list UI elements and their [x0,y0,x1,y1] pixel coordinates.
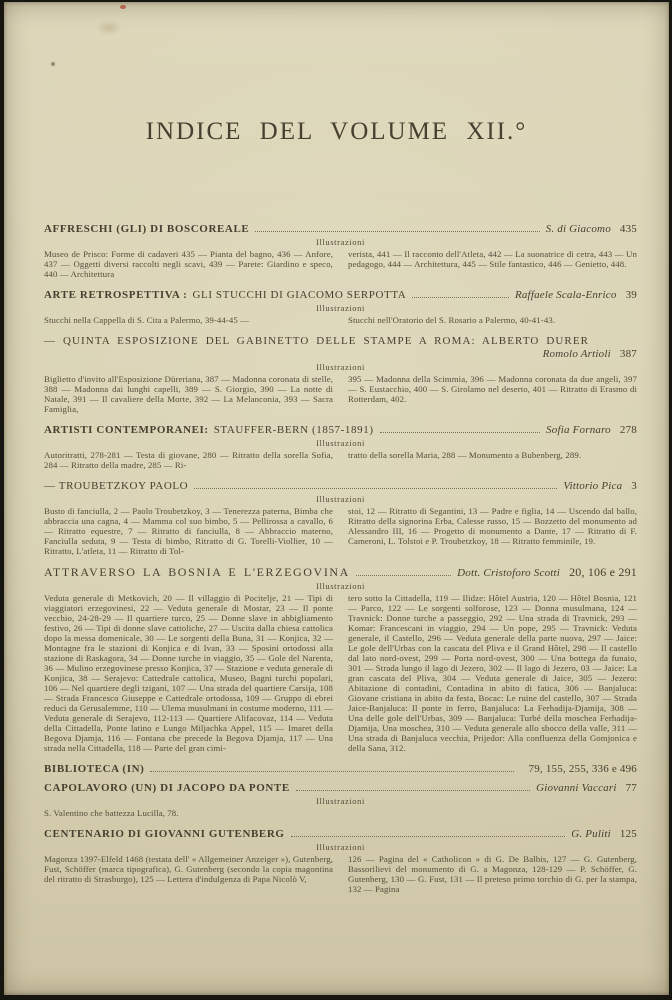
illustrations-label: Illustrazioni [44,842,637,853]
illustrations-label: Illustrazioni [44,438,637,449]
illustrations-columns: Busto di fanciulla, 2 — Paolo Troubetzko… [44,506,637,556]
entry-heading: ARTE RETROSPETTIVA : GLI STUCCHI DI GIAC… [44,289,637,302]
dotted-leader [291,828,566,837]
illustrations-columns: Stucchi nella Cappella di S. Cita a Pale… [44,315,637,325]
entry-heading: BIBLIOTECA (IN) 79, 155, 255, 336 e 496 [44,763,637,776]
entry-author: Vittorio Pica [563,480,622,493]
entry-heading: CENTENARIO DI GIOVANNI GUTENBERG G. Puli… [44,828,637,841]
index-entry: — QUINTA ESPOSIZIONE DEL GABINETTO DELLE… [44,335,637,414]
illustrations-right-column: Stucchi nell'Oratorio del S. Rosario a P… [348,315,637,325]
dotted-leader [380,424,540,433]
illustrations-columns: Autoritratti, 278-281 — Testa di giovane… [44,450,637,470]
dotted-leader [296,782,530,791]
entry-title-strong: BIBLIOTECA (IN) [44,763,144,776]
dotted-leader [255,223,539,232]
entry-title: — TROUBETZKOY PAOLO [44,480,188,493]
illustrations-columns: S. Valentino che battezza Lucilla, 78. [44,808,637,818]
entry-author: S. di Giacomo [546,223,611,236]
entry-title: — QUINTA ESPOSIZIONE DEL GABINETTO DELLE… [44,335,589,348]
scanned-page: INDICE DEL VOLUME XII.° AFFRESCHI (GLI) … [0,0,672,1000]
entry-heading: AFFRESCHI (GLI) DI BOSCOREALE S. di Giac… [44,223,637,236]
illustrations-columns: Magonza 1397-Elfeld 1468 (testata dell' … [44,854,637,894]
illustrations-right-column: stoi, 12 — Ritratto di Segantini, 13 — P… [348,506,637,556]
illustrations-label: Illustrazioni [44,494,637,505]
paper-stain-red [120,5,126,9]
dotted-leader [356,566,451,576]
dotted-leader [412,289,509,298]
illustrations-left-column: Magonza 1397-Elfeld 1468 (testata dell' … [44,854,333,894]
illustrations-right-column: 395 — Madonna della Scimmia, 396 — Madon… [348,374,637,414]
index-entry: AFFRESCHI (GLI) DI BOSCOREALE S. di Giac… [44,223,637,279]
index-entry: — TROUBETZKOY PAOLO Vittorio Pica 3 Illu… [44,480,637,556]
entry-author: Giovanni Vaccari [536,782,617,795]
entry-pages: 278 [620,424,637,437]
illustrations-right-column: tero sotto la Cittadella, 119 — Ilidze: … [348,593,637,753]
entry-pages: 435 [620,223,637,236]
entry-heading: — QUINTA ESPOSIZIONE DEL GABINETTO DELLE… [44,335,637,348]
entry-heading: CAPOLAVORO (UN) DI JACOPO DA PONTE Giova… [44,782,637,795]
paper: INDICE DEL VOLUME XII.° AFFRESCHI (GLI) … [4,2,669,995]
entry-heading: ATTRAVERSO LA BOSNIA E L'ERZEGOVINA Dott… [44,566,637,580]
entry-author: Dott. Cristoforo Scotti [457,567,560,580]
entry-title-strong: CAPOLAVORO (UN) DI JACOPO DA PONTE [44,782,290,795]
illustrations-label: Illustrazioni [44,362,637,373]
paper-smudge [96,20,122,36]
illustrations-right-column: verista, 441 — Il racconto dell'Atleta, … [348,249,637,279]
dotted-leader [194,480,557,489]
illustrations-columns: Biglietto d'invito all'Esposizione Dürer… [44,374,637,414]
index-entry: ATTRAVERSO LA BOSNIA E L'ERZEGOVINA Dott… [44,566,637,753]
illustrations-columns: Museo de Prisco: Forme di cadaveri 435 —… [44,249,637,279]
entry-heading: — TROUBETZKOY PAOLO Vittorio Pica 3 [44,480,637,493]
dotted-leader [150,763,513,772]
illustrations-right-column: 126 — Pagina del « Catholicon » di G. De… [348,854,637,894]
entry-title: ATTRAVERSO LA BOSNIA E L'ERZEGOVINA [44,566,350,579]
illustrations-columns: Veduta generale di Metkovich, 20 — Il vi… [44,593,637,753]
illustrations-label: Illustrazioni [44,581,637,592]
entry-pages: 20, 106 e 291 [569,566,637,579]
entry-title: GLI STUCCHI DI GIACOMO SERPOTTA [192,289,406,302]
entry-pages: 3 [631,480,637,493]
index-entry: ARTE RETROSPETTIVA : GLI STUCCHI DI GIAC… [44,289,637,325]
index-entry: ARTISTI CONTEMPORANEI: STAUFFER-BERN (18… [44,424,637,470]
entry-author: Sofia Fornaro [546,424,611,437]
index-entry: CENTENARIO DI GIOVANNI GUTENBERG G. Puli… [44,828,637,894]
entry-author: Romolo Artioli [543,348,611,361]
illustrations-left-column: Biglietto d'invito all'Esposizione Dürer… [44,374,333,414]
entry-pages: 39 [626,289,637,302]
entry-author: G. Puliti [571,828,611,841]
entry-title-strong: ARTISTI CONTEMPORANEI: [44,424,209,437]
entry-pages: 77 [626,782,637,795]
index-entry: CAPOLAVORO (UN) DI JACOPO DA PONTE Giova… [44,782,637,818]
entry-author: Raffaele Scala-Enrico [515,289,617,302]
entry-pages: 387 [620,348,637,361]
illustrations-left-column: Busto di fanciulla, 2 — Paolo Troubetzko… [44,506,333,556]
entry-pages: 125 [620,828,637,841]
illustrations-right-column: tratto della sorella Maria, 288 — Monume… [348,450,637,470]
illustrations-left-column: Veduta generale di Metkovich, 20 — Il vi… [44,593,333,753]
entry-title: STAUFFER-BERN (1857-1891) [214,424,374,437]
entry-heading: ARTISTI CONTEMPORANEI: STAUFFER-BERN (18… [44,424,637,437]
entry-title-strong: CENTENARIO DI GIOVANNI GUTENBERG [44,828,285,841]
illustrations-label: Illustrazioni [44,237,637,248]
paper-speck [51,62,55,66]
index-entry: BIBLIOTECA (IN) 79, 155, 255, 336 e 496 [44,763,637,776]
illustrations-left-column: S. Valentino che battezza Lucilla, 78. [44,808,637,818]
entry-author-line: Romolo Artioli 387 [44,348,637,361]
illustrations-left-column: Museo de Prisco: Forme di cadaveri 435 —… [44,249,333,279]
illustrations-left-column: Autoritratti, 278-281 — Testa di giovane… [44,450,333,470]
page-title: INDICE DEL VOLUME XII.° [4,118,669,146]
entry-pages: 79, 155, 255, 336 e 496 [529,763,637,776]
index-sections: AFFRESCHI (GLI) DI BOSCOREALE S. di Giac… [44,223,637,904]
illustrations-label: Illustrazioni [44,303,637,314]
illustrations-label: Illustrazioni [44,796,637,807]
illustrations-left-column: Stucchi nella Cappella di S. Cita a Pale… [44,315,333,325]
entry-title-strong: ARTE RETROSPETTIVA : [44,289,187,302]
entry-title-strong: AFFRESCHI (GLI) DI BOSCOREALE [44,223,249,236]
